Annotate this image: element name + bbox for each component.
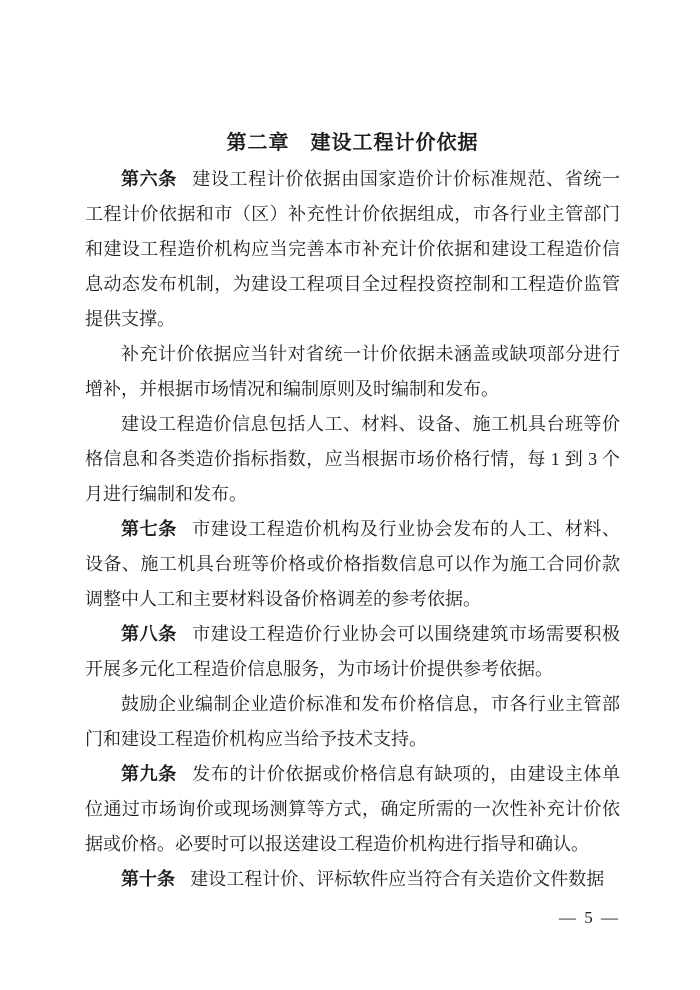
paragraph-article-6: 第六条建设工程计价依据由国家造价计价标准规范、省统一工程计价依据和市（区）补充性… (85, 162, 620, 337)
paragraph-enterprise-standards: 鼓励企业编制企业造价标准和发布价格信息，市各行业主管部门和建设工程造价机构应当给… (85, 687, 620, 757)
paragraph-article-10: 第十条建设工程计价、评标软件应当符合有关造价文件数据 (85, 862, 620, 897)
page-number: — 5 — (559, 908, 620, 927)
paragraph-supplementary-basis: 补充计价依据应当针对省统一计价依据未涵盖或缺项部分进行增补，并根据市场情况和编制… (85, 337, 620, 407)
paragraph-text: 鼓励企业编制企业造价标准和发布价格信息，市各行业主管部门和建设工程造价机构应当给… (85, 694, 620, 749)
page-footer: — 5 — (85, 906, 620, 930)
chapter-title: 第二章 建设工程计价依据 (85, 124, 620, 162)
paragraph-text: 建设工程计价、评标软件应当符合有关造价文件数据 (190, 869, 604, 889)
paragraph-article-7: 第七条市建设工程造价机构及行业协会发布的人工、材料、设备、施工机具台班等价格或价… (85, 512, 620, 617)
article-number-label: 第七条 (121, 519, 177, 539)
article-number-label: 第八条 (121, 624, 177, 644)
paragraph-text: 建设工程计价依据由国家造价计价标准规范、省统一工程计价依据和市（区）补充性计价依… (85, 169, 620, 329)
article-number-label: 第九条 (121, 764, 177, 784)
article-number-label: 第六条 (121, 169, 177, 189)
paragraph-cost-information: 建设工程造价信息包括人工、材料、设备、施工机具台班等价格信息和各类造价指标指数，… (85, 407, 620, 512)
document-page: 第二章 建设工程计价依据 第六条建设工程计价依据由国家造价计价标准规范、省统一工… (0, 0, 700, 990)
paragraph-text: 建设工程造价信息包括人工、材料、设备、施工机具台班等价格信息和各类造价指标指数，… (85, 414, 620, 504)
article-number-label: 第十条 (121, 869, 175, 889)
paragraph-article-8: 第八条市建设工程造价行业协会可以围绕建筑市场需要积极开展多元化工程造价信息服务，… (85, 617, 620, 687)
paragraph-article-9: 第九条发布的计价依据或价格信息有缺项的，由建设主体单位通过市场询价或现场测算等方… (85, 757, 620, 862)
document-body: 第六条建设工程计价依据由国家造价计价标准规范、省统一工程计价依据和市（区）补充性… (85, 162, 620, 897)
paragraph-text: 补充计价依据应当针对省统一计价依据未涵盖或缺项部分进行增补，并根据市场情况和编制… (85, 344, 620, 399)
